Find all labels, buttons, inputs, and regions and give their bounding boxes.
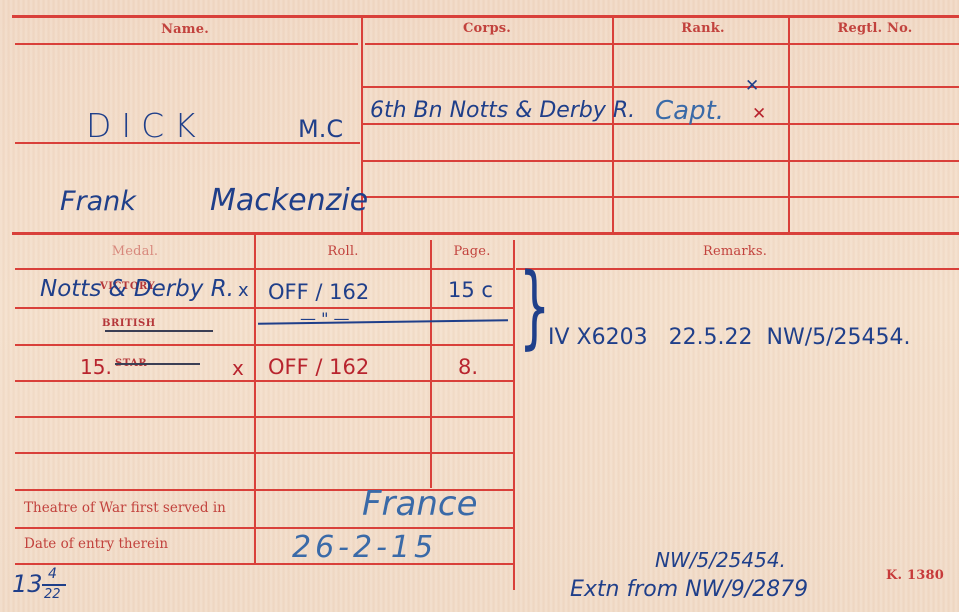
corps-value: 6th Bn Notts & Derby R.: [370, 98, 635, 123]
date-entry-label: Date of entry therein: [24, 536, 168, 552]
remarks-header-rule: [516, 268, 959, 270]
page-header: Page.: [432, 244, 512, 259]
reference-line-2: Extn from NW/9/2879: [570, 577, 808, 602]
medal-row-rule-5: [15, 452, 513, 454]
theatre-row-rule: [15, 527, 513, 529]
forename-first: Frank: [60, 186, 136, 217]
date-entry-value: 26-2-15: [292, 530, 437, 565]
reference-line-1: NW/5/25454.: [655, 548, 786, 572]
regtl-col-divider: [788, 18, 790, 232]
remarks-col-divider: [513, 240, 515, 590]
check-mark-red: ✕: [752, 106, 766, 123]
check-mark-blue: ✕: [745, 78, 759, 95]
date-note-denominator: 22: [44, 587, 61, 602]
medal-row-rule-3: [15, 380, 513, 382]
date-note-whole: 13: [12, 570, 43, 598]
medal-british-roll: — " —: [300, 309, 350, 328]
star-strike: [115, 363, 200, 365]
medal-victory-page: 15 c: [448, 278, 493, 302]
name-header-rule: [15, 43, 358, 45]
medal-row-rule-1: [15, 307, 513, 309]
rank-col-divider: [612, 18, 614, 232]
regtl-no-header: Regtl. No.: [800, 21, 950, 36]
remarks-header: Remarks.: [660, 244, 810, 259]
medal-star-roll: OFF / 162: [268, 355, 369, 379]
top-rule: [12, 15, 959, 18]
medal-british-printed: BRITISH: [102, 318, 156, 329]
corps-row-rule-1: [362, 86, 959, 88]
name-header: Name.: [110, 22, 260, 37]
right-header-rule: [365, 43, 959, 45]
theatre-value: France: [362, 484, 478, 524]
honours-value: M.C: [298, 115, 343, 143]
section-divider-rule: [12, 232, 959, 235]
page-col-divider: [430, 240, 432, 488]
roll-header: Roll.: [268, 244, 418, 259]
corps-row-rule-4: [362, 196, 959, 198]
ditto-line: [258, 319, 508, 324]
medal-victory-roll: OFF / 162: [268, 280, 369, 304]
medal-star-annotation: 15.: [80, 355, 112, 379]
corps-row-rule-3: [362, 160, 959, 162]
roll-col-divider: [254, 233, 256, 563]
rank-header: Rank.: [628, 21, 778, 36]
british-strike: [105, 330, 213, 332]
medal-victory-mark: x: [238, 280, 249, 301]
rank-value: Capt.: [655, 96, 724, 126]
corps-header: Corps.: [412, 21, 562, 36]
medal-star-mark: x: [232, 356, 244, 380]
remarks-value: IV X6203 22.5.22 NW/5/25454.: [548, 325, 911, 350]
medal-row-rule-0: [15, 268, 513, 270]
date-note-numerator: 4: [48, 566, 57, 582]
surname-value: DICK: [86, 106, 206, 145]
medal-star-page: 8.: [458, 355, 478, 379]
date-note-bar: [42, 584, 66, 586]
theatre-label: Theatre of War first served in: [24, 500, 226, 516]
medal-victory-annotation: Notts & Derby R.: [40, 276, 234, 302]
form-number: K. 1380: [880, 568, 950, 583]
forename-second: Mackenzie: [210, 183, 368, 218]
medal-header: Medal.: [60, 244, 210, 259]
date-row-rule: [15, 563, 515, 565]
medal-row-rule-4: [15, 416, 513, 418]
remarks-brace: }: [519, 262, 550, 352]
medal-row-rule-2: [15, 344, 513, 346]
